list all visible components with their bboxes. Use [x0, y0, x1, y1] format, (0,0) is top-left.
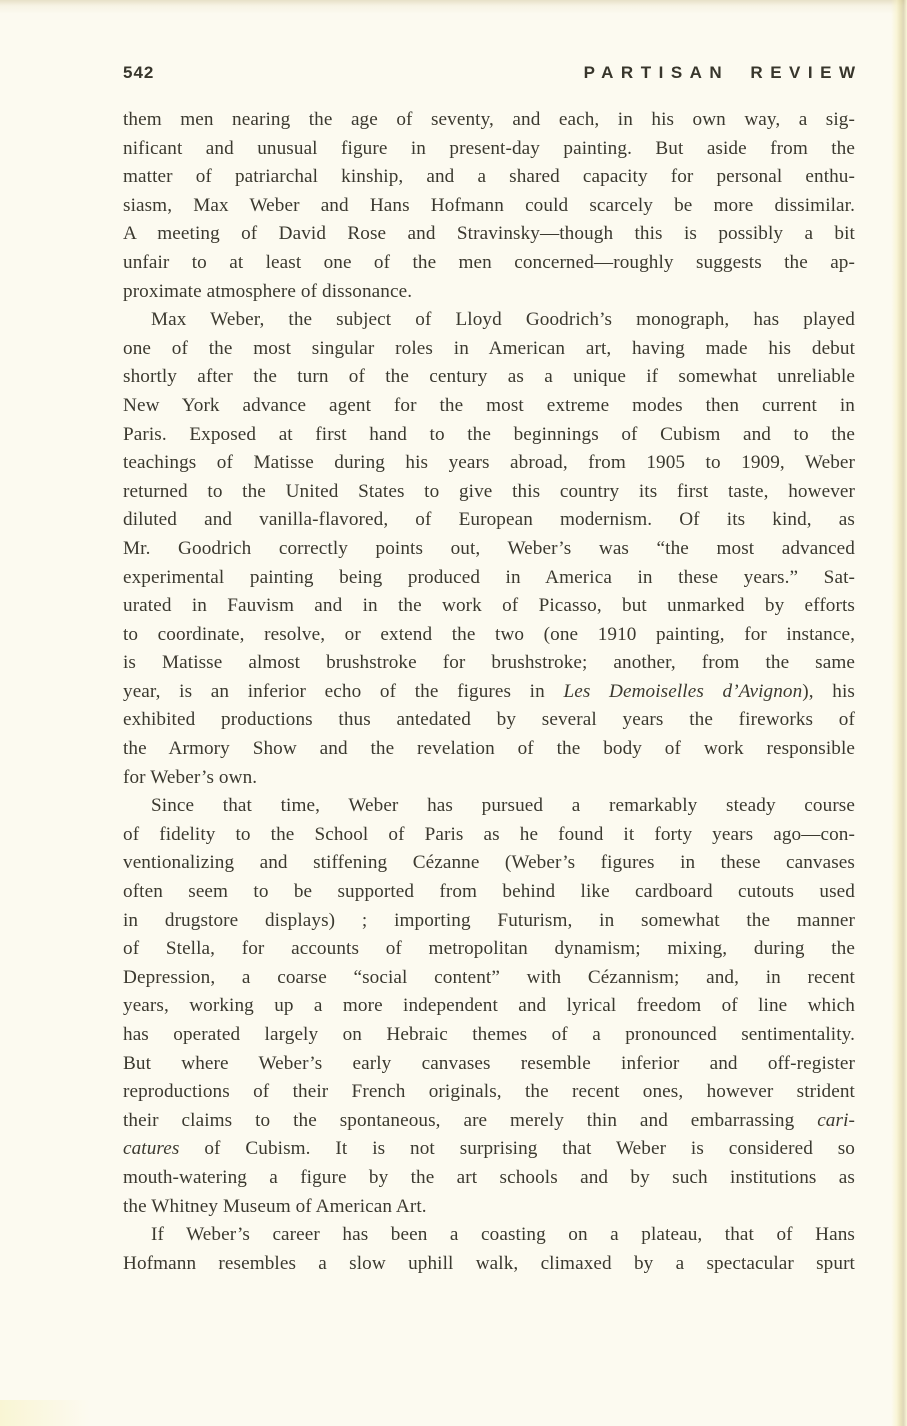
- text-line: But where Weber’s early canvases resembl…: [123, 1050, 855, 1079]
- journal-title: PARTISAN REVIEW: [584, 63, 863, 83]
- paragraph: If Weber’s career has been a coasting on…: [123, 1221, 855, 1278]
- text-line: teachings of Matisse during his years ab…: [123, 449, 855, 478]
- page-body: them men nearing the age of seventy, and…: [123, 106, 855, 1278]
- text-line: Hofmann resembles a slow uphill walk, cl…: [123, 1250, 855, 1279]
- text-line: one of the most singular roles in Americ…: [123, 335, 855, 364]
- text-line: in drugstore displays) ; importing Futur…: [123, 907, 855, 936]
- text-line: shortly after the turn of the century as…: [123, 363, 855, 392]
- text-line: Max Weber, the subject of Lloyd Goodrich…: [123, 306, 855, 335]
- text-line: siasm, Max Weber and Hans Hofmann could …: [123, 192, 855, 221]
- text-line: urated in Fauvism and in the work of Pic…: [123, 592, 855, 621]
- text-line: is Matisse almost brushstroke for brushs…: [123, 649, 855, 678]
- text-line: proximate atmosphere of dissonance.: [123, 278, 855, 307]
- text-line: often seem to be supported from behind l…: [123, 878, 855, 907]
- text-line: of Stella, for accounts of metropolitan …: [123, 935, 855, 964]
- text-line: diluted and vanilla-flavored, of Europea…: [123, 506, 855, 535]
- text-line: A meeting of David Rose and Stravinsky—t…: [123, 220, 855, 249]
- text-line: year, is an inferior echo of the figures…: [123, 678, 855, 707]
- text-line: New York advance agent for the most extr…: [123, 392, 855, 421]
- paragraph: them men nearing the age of seventy, and…: [123, 106, 855, 306]
- text-line: the Armory Show and the revelation of th…: [123, 735, 855, 764]
- text-line: Mr. Goodrich correctly points out, Weber…: [123, 535, 855, 564]
- text-line: reproductions of their French originals,…: [123, 1078, 855, 1107]
- scanned-page: 542 PARTISAN REVIEW them men nearing the…: [0, 0, 907, 1426]
- scan-right-page-edge: [891, 0, 907, 1426]
- running-head: 542 PARTISAN REVIEW: [123, 63, 855, 83]
- text-line: Paris. Exposed at first hand to the begi…: [123, 421, 855, 450]
- page-number: 542: [123, 63, 154, 83]
- text-line: If Weber’s career has been a coasting on…: [123, 1221, 855, 1250]
- text-line: returned to the United States to give th…: [123, 478, 855, 507]
- text-line: has operated largely on Hebraic themes o…: [123, 1021, 855, 1050]
- scan-top-edge-shadow: [0, 0, 907, 14]
- scan-bottom-left-edge: [0, 1400, 90, 1426]
- text-line: Depression, a coarse “social content” wi…: [123, 964, 855, 993]
- text-line: ventionalizing and stiffening Cézanne (W…: [123, 849, 855, 878]
- paragraph: Max Weber, the subject of Lloyd Goodrich…: [123, 306, 855, 792]
- text-line: to coordinate, resolve, or extend the tw…: [123, 621, 855, 650]
- text-line: of fidelity to the School of Paris as he…: [123, 821, 855, 850]
- text-line: nificant and unusual figure in present-d…: [123, 135, 855, 164]
- text-line: years, working up a more independent and…: [123, 992, 855, 1021]
- text-line: matter of patriarchal kinship, and a sha…: [123, 163, 855, 192]
- text-line: unfair to at least one of the men concer…: [123, 249, 855, 278]
- text-line: Since that time, Weber has pursued a rem…: [123, 792, 855, 821]
- text-line: catures of Cubism. It is not surprising …: [123, 1135, 855, 1164]
- text-line: their claims to the spontaneous, are mer…: [123, 1107, 855, 1136]
- text-line: exhibited productions thus antedated by …: [123, 706, 855, 735]
- text-line: experimental painting being produced in …: [123, 564, 855, 593]
- text-line: for Weber’s own.: [123, 764, 855, 793]
- paragraph: Since that time, Weber has pursued a rem…: [123, 792, 855, 1221]
- text-line: the Whitney Museum of American Art.: [123, 1193, 855, 1222]
- text-line: them men nearing the age of seventy, and…: [123, 106, 855, 135]
- text-line: mouth-watering a figure by the art schoo…: [123, 1164, 855, 1193]
